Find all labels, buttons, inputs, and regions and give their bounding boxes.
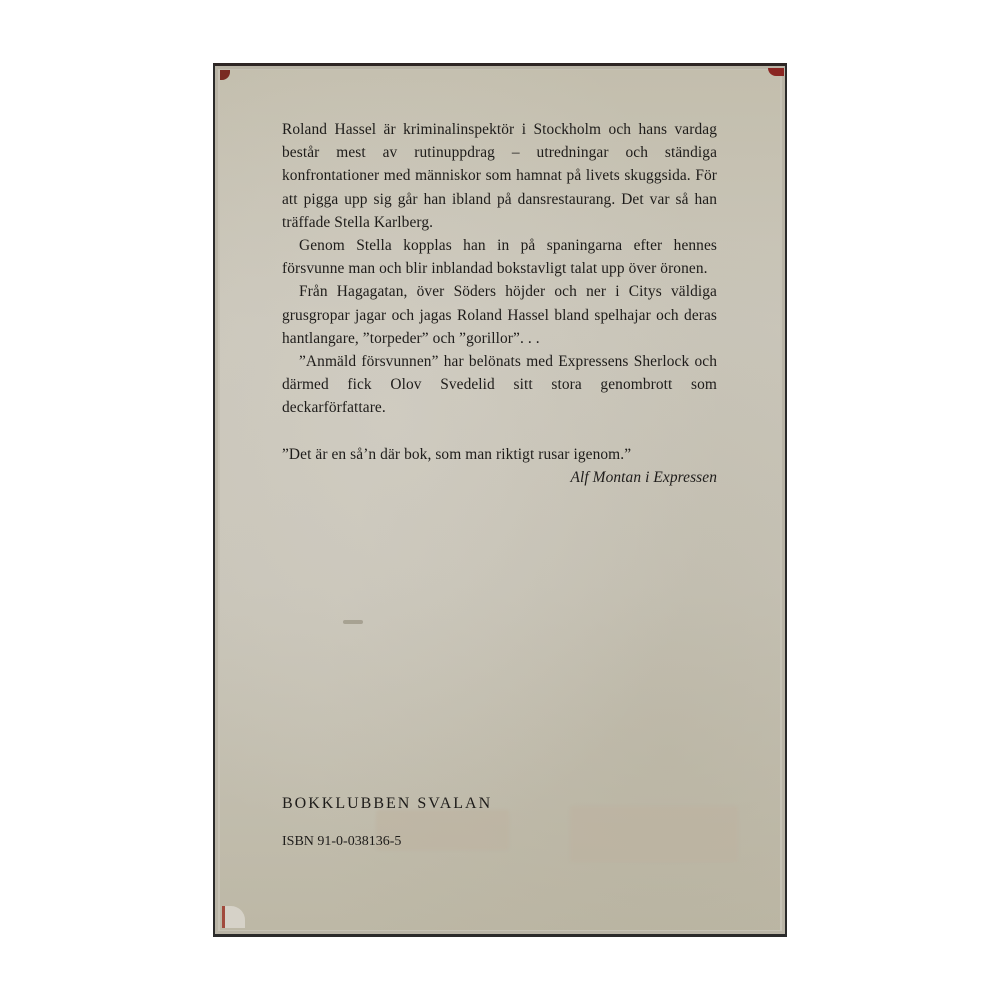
review-quote: ”Det är en så’n där bok, som man riktigt…	[282, 443, 717, 466]
removed-label-patch	[570, 806, 738, 862]
blurb-paragraph: Från Hagagatan, över Söders höjder och n…	[282, 280, 717, 350]
worn-corner-top-right	[768, 68, 784, 76]
publisher-name: BOKKLUBBEN SVALAN	[282, 795, 492, 813]
review-attribution: Alf Montan i Expressen	[282, 466, 717, 489]
blurb-paragraph: Roland Hassel är kriminalinspektör i Sto…	[282, 118, 717, 234]
worn-corner-bottom-left	[222, 906, 245, 928]
isbn: ISBN 91-0-038136-5	[282, 834, 401, 850]
blurb: Roland Hassel är kriminalinspektör i Sto…	[282, 118, 717, 489]
blurb-paragraph: Genom Stella kopplas han in på spaningar…	[282, 234, 717, 280]
blurb-paragraph: ”Anmäld försvunnen” har belönats med Exp…	[282, 350, 717, 420]
smudge-mark	[343, 620, 363, 624]
worn-corner-top-left	[220, 70, 230, 80]
